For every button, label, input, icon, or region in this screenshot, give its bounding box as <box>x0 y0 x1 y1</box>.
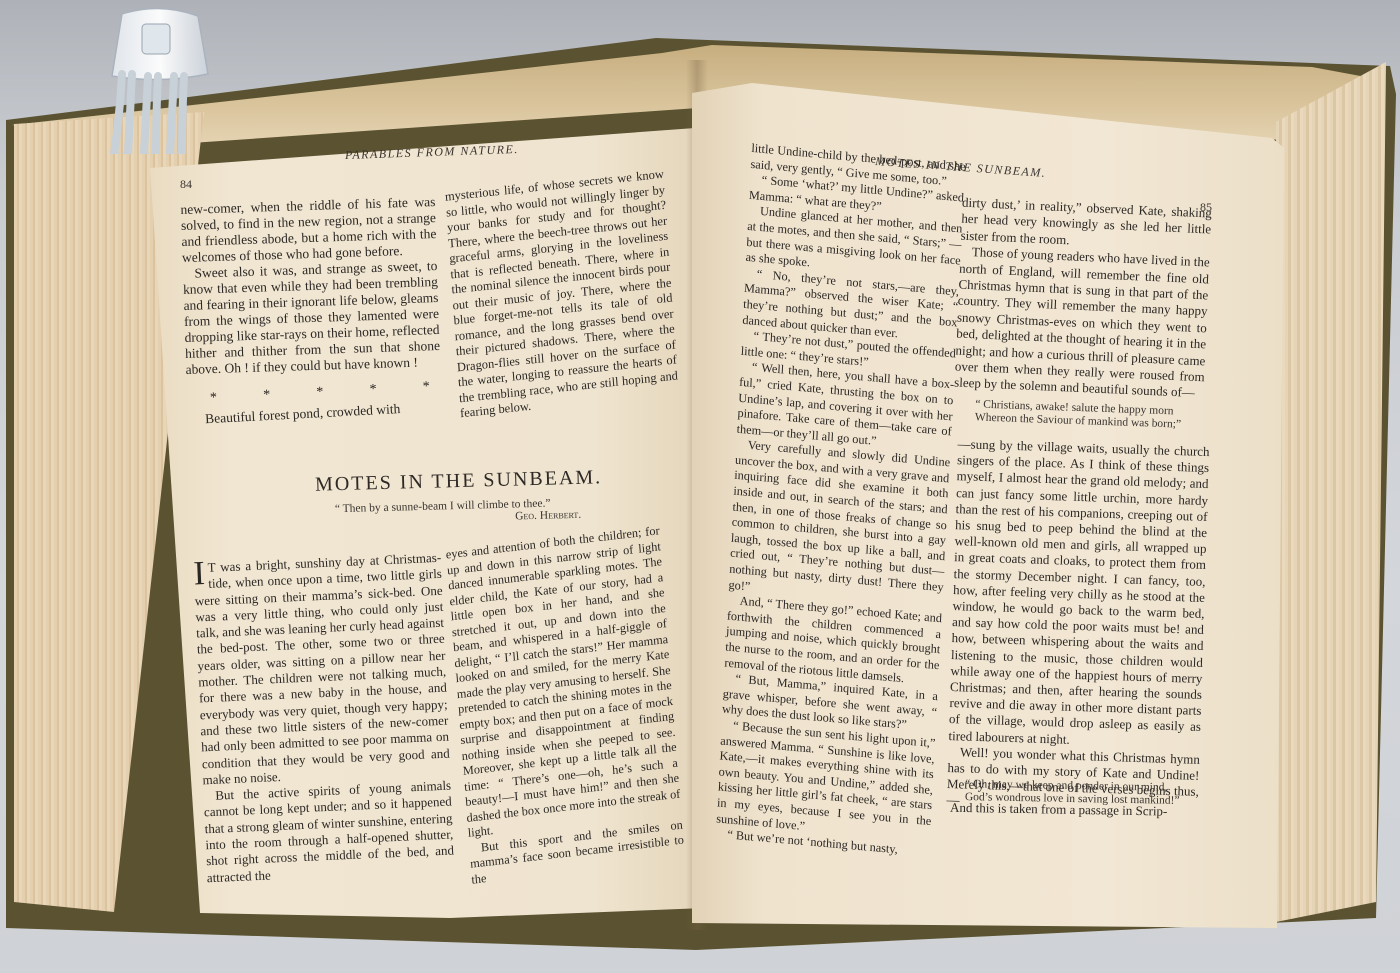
paragraph: Sweet also it was, and strange as sweet,… <box>182 258 440 378</box>
page-block-right-edge <box>1276 62 1386 922</box>
left-col1-bottom: IT was a bright, sunshiny day at Christm… <box>193 550 455 886</box>
right-col2-mid: —sung by the village waits, usually the … <box>946 436 1210 816</box>
left-col1-top: new-comer, when the riddle of his fate w… <box>180 194 440 378</box>
left-col2-top: mysterious life, of whose secrets we kno… <box>444 167 679 422</box>
right-col2-top: dirty dust,’ in reality,” observed Kate,… <box>954 195 1212 403</box>
drop-cap: I <box>193 560 206 588</box>
epigraph-attribution: Geo. Herbert. <box>515 509 581 523</box>
paragraph: new-comer, when the riddle of his fate w… <box>180 194 437 266</box>
page-number-left: 84 <box>180 177 192 192</box>
left-col2-bottom: eyes and attention of both the children;… <box>445 523 685 887</box>
hair-clip-icon <box>100 4 215 154</box>
right-col1: little Undine-child by the bed-post, and… <box>715 141 966 861</box>
